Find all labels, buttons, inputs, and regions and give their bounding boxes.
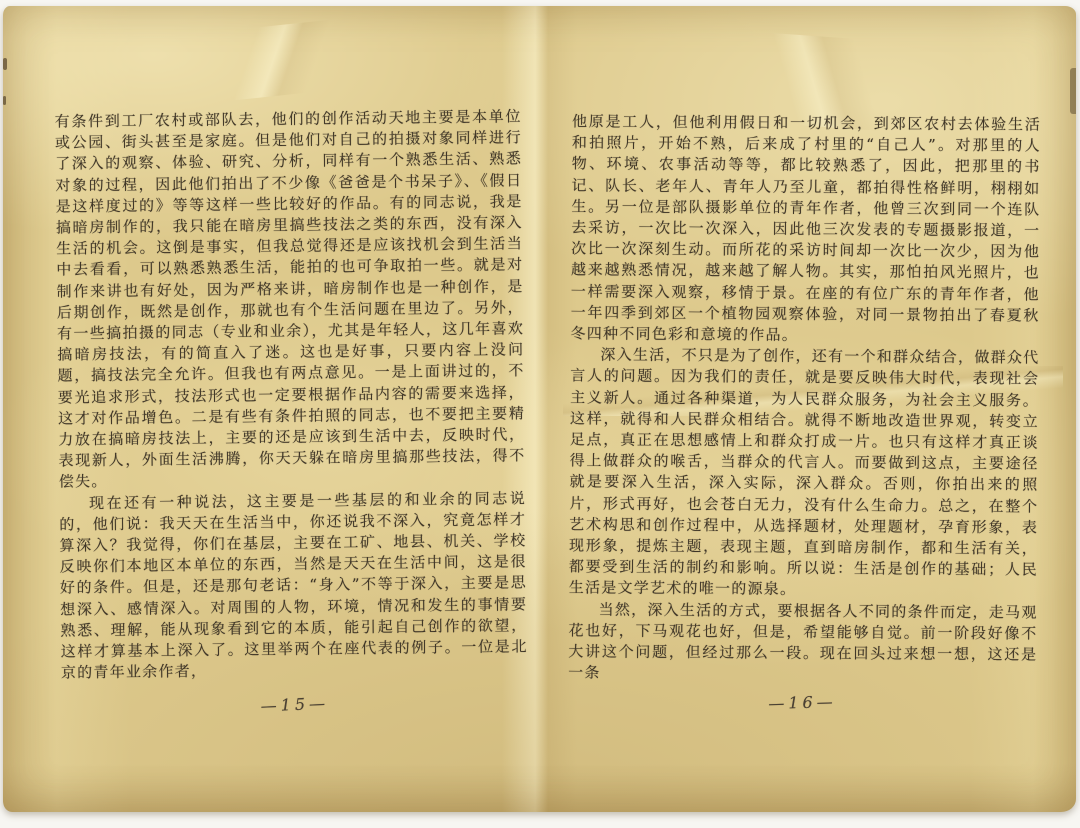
paper-crease xyxy=(60,4,485,118)
page-left-paragraph-2: 现在还有一种说法，这主要是一些基层的和业余的同志说的，他们说：我天天在生活当中，… xyxy=(59,488,528,684)
page-number-15: —15— xyxy=(61,685,528,726)
page-right-paragraph-3: 当然，深入生活的方式，要根据各人不同的条件而定，走马观花也好，下马观花也好，但是… xyxy=(568,599,1038,687)
page-right: 他原是工人，但他利用假日和一切机会，到郊区农村去体验生活和拍照片，开始不熟，后来… xyxy=(568,111,1041,714)
page-left: 有条件到工厂农村或部队去，他们的创作活动天地主要是本单位或公园、街头甚至是家庭。… xyxy=(55,106,529,717)
left-edge-ink-mark xyxy=(3,96,6,105)
page-right-paragraph-1: 他原是工人，但他利用假日和一切机会，到郊区农村去体验生活和拍照片，开始不熟，后来… xyxy=(570,111,1041,348)
page-number-16: —16— xyxy=(568,687,1037,719)
page-right-paragraph-2: 深入生活，不只是为了创作，还有一个和群众结合，做群众代言人的问题。因为我们的责任… xyxy=(569,345,1040,603)
right-edge-ink-smudge xyxy=(1070,68,1076,114)
left-edge-ink-mark xyxy=(3,58,7,70)
scanned-document: 有条件到工厂农村或部队去，他们的创作活动天地主要是本单位或公园、街头甚至是家庭。… xyxy=(0,0,1080,828)
page-left-paragraph-1: 有条件到工厂农村或部队去，他们的创作活动天地主要是本单位或公园、街头甚至是家庭。… xyxy=(55,106,526,493)
paper-sheet: 有条件到工厂农村或部队去，他们的创作活动天地主要是本单位或公园、街头甚至是家庭。… xyxy=(3,6,1076,812)
